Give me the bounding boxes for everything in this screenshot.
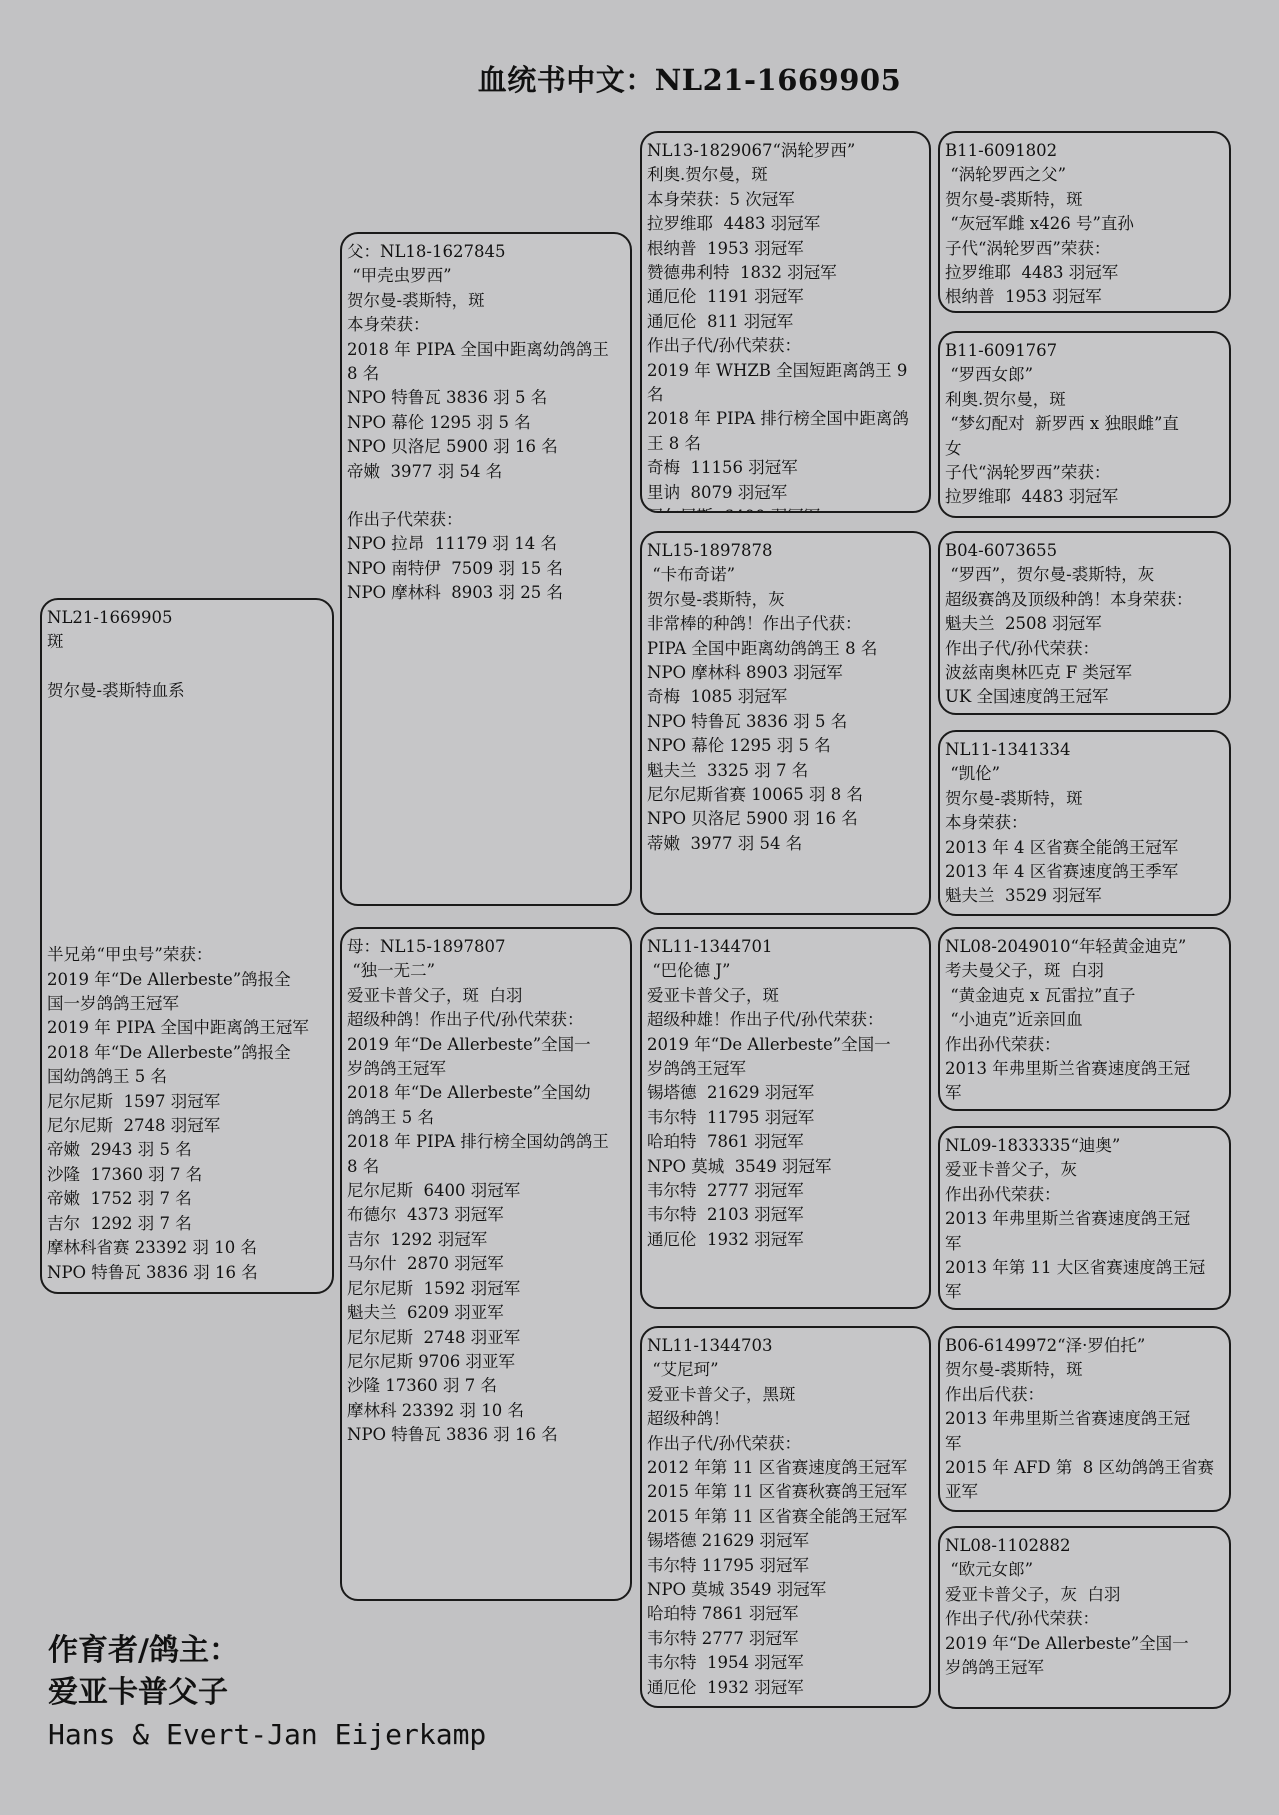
pedigree-line: 亚军 xyxy=(945,1480,1225,1504)
pedigree-line: 父：NL18-1627845 xyxy=(347,240,626,264)
pedigree-line: 赞德弗利特 1832 羽冠军 xyxy=(647,261,925,285)
pedigree-line: 韦尔特 2103 羽冠军 xyxy=(647,1203,925,1227)
pedigree-line: 通厄伦 1932 羽冠军 xyxy=(647,1228,925,1252)
pedigree-line: NL15-1897878 xyxy=(647,539,925,563)
pedigree-line: 作出子代/孙代荣获： xyxy=(945,637,1225,661)
pedigree-line: 半兄弟“甲虫号”荣获： xyxy=(47,943,328,967)
pedigree-line: 沙隆 17360 羽 7 名 xyxy=(347,1374,626,1398)
pedigree-line: 母：NL15-1897807 xyxy=(347,935,626,959)
breeder-label: 作育者/鸽主： xyxy=(48,1630,486,1672)
pedigree-line: 超级种雄！作出子代/孙代荣获： xyxy=(647,1008,925,1032)
dam-sire-box: NL11-1344701 “巴伦德 J”爱亚卡普父子，斑超级种雄！作出子代/孙代… xyxy=(640,927,931,1309)
pedigree-line: 里讷 8079 羽冠军 xyxy=(647,481,925,505)
pedigree-line: 爱亚卡普父子，黑斑 xyxy=(647,1383,925,1407)
pedigree-line: 摩林科 23392 羽 10 名 xyxy=(347,1399,626,1423)
pedigree-line: 哈珀特 7861 羽冠军 xyxy=(647,1602,925,1626)
pedigree-line: 布德尔 4373 羽冠军 xyxy=(347,1203,626,1227)
pedigree-line: 国一岁鸽鸽王冠军 xyxy=(47,992,328,1016)
pedigree-line: 作出孙代荣获： xyxy=(945,1183,1225,1207)
pedigree-line: 作出子代/孙代荣获： xyxy=(945,1607,1225,1631)
sire-sire-box: NL13-1829067“涡轮罗西”利奥.贺尔曼，斑本身荣获：5 次冠军拉罗维耶… xyxy=(640,131,931,513)
pedigree-line: 非常棒的种鸽！作出子代获： xyxy=(647,612,925,636)
pedigree-line: NL08-2049010“年轻黄金迪克” xyxy=(945,935,1225,959)
ggp-box-6: NL09-1833335“迪奥”爱亚卡普父子，灰作出孙代荣获：2013 年弗里斯… xyxy=(938,1126,1231,1310)
pedigree-line: 魁夫兰 3529 羽冠军 xyxy=(945,884,1225,908)
pedigree-line xyxy=(47,655,328,679)
pedigree-line: NPO 特鲁瓦 3836 羽 5 名 xyxy=(347,386,626,410)
pedigree-line xyxy=(47,703,328,727)
pedigree-line: 蒂嫩 3977 羽 54 名 xyxy=(647,832,925,856)
pedigree-line: “黄金迪克 x 瓦雷拉”直子 xyxy=(945,984,1225,1008)
pedigree-line: 贺尔曼-裘斯特，灰 xyxy=(647,588,925,612)
pedigree-line: “罗西”，贺尔曼-裘斯特，灰 xyxy=(945,563,1225,587)
pedigree-line: 王 8 名 xyxy=(647,432,925,456)
pedigree-line xyxy=(47,775,328,799)
pedigree-line: 2019 年 PIPA 全国中距离鸽王冠军 xyxy=(47,1016,328,1040)
pedigree-line: 魁夫兰 3325 羽 7 名 xyxy=(647,759,925,783)
pedigree-line: 2019 年“De Allerbeste”全国一 xyxy=(347,1033,626,1057)
pedigree-line: 贺尔曼-裘斯特，斑 xyxy=(945,188,1225,212)
pedigree-line: 韦尔特 2777 羽冠军 xyxy=(647,1627,925,1651)
pedigree-line: 尼尔尼斯 1597 羽冠军 xyxy=(47,1090,328,1114)
ggp-box-5: NL08-2049010“年轻黄金迪克”考夫曼父子，斑 白羽 “黄金迪克 x 瓦… xyxy=(938,927,1231,1111)
pedigree-line: NPO 摩林科 8903 羽冠军 xyxy=(647,661,925,685)
pedigree-line: 通厄伦 811 羽冠军 xyxy=(647,310,925,334)
pedigree-line xyxy=(47,847,328,871)
pedigree-line: B04-6073655 xyxy=(945,539,1225,563)
ggp-box-7: B06-6149972“泽·罗伯托”贺尔曼-裘斯特，斑作出后代获：2013 年弗… xyxy=(938,1326,1231,1512)
pedigree-line: 军 xyxy=(945,1280,1225,1304)
pedigree-line: 2019 年 WHZB 全国短距离鸽王 9 名 xyxy=(647,359,925,408)
pedigree-line: 鸽鸽王 5 名 xyxy=(347,1106,626,1130)
pedigree-line: “灰冠军雌 x426 号”直孙 xyxy=(945,212,1225,236)
pedigree-line: 尼尔尼斯 1592 羽冠军 xyxy=(347,1277,626,1301)
pedigree-line: B06-6149972“泽·罗伯托” xyxy=(945,1334,1225,1358)
pedigree-line: NPO 贝洛尼 5900 羽 16 名 xyxy=(647,807,925,831)
pedigree-line: 帝嫩 2943 羽 5 名 xyxy=(47,1138,328,1162)
pedigree-line: 根纳普 1953 羽冠军 xyxy=(647,237,925,261)
pedigree-line: 锡塔德 21629 羽冠军 xyxy=(647,1529,925,1553)
ggp-box-3: B04-6073655 “罗西”，贺尔曼-裘斯特，灰超级赛鸽及顶级种鸽！本身荣获… xyxy=(938,531,1231,715)
pedigree-line: 斑 xyxy=(47,630,328,654)
pedigree-line: 本身荣获：5 次冠军 xyxy=(647,188,925,212)
pedigree-line: 2019 年“De Allerbeste”鸽报全 xyxy=(47,968,328,992)
pedigree-line: 2015 年第 11 区省赛秋赛鸽王冠军 xyxy=(647,1480,925,1504)
pedigree-line: “凯伦” xyxy=(945,762,1225,786)
pedigree-line: NPO 莫城 3549 羽冠军 xyxy=(647,1578,925,1602)
pedigree-line: UK 全国速度鸽王冠军 xyxy=(945,685,1225,709)
pedigree-line: 超级赛鸽及顶级种鸽！本身荣获： xyxy=(945,588,1225,612)
pedigree-line: “小迪克”近亲回血 xyxy=(945,1008,1225,1032)
pedigree-line: 军 xyxy=(945,1081,1225,1105)
pedigree-line: NPO 特鲁瓦 3836 羽 16 名 xyxy=(347,1423,626,1447)
pedigree-line xyxy=(47,727,328,751)
pedigree-line xyxy=(47,823,328,847)
pedigree-line: 哈珀特 7861 羽冠军 xyxy=(647,1130,925,1154)
breeder-name-cn: 爱亚卡普父子 xyxy=(48,1672,486,1714)
pedigree-line xyxy=(347,484,626,508)
pedigree-line: 岁鸽鸽王冠军 xyxy=(945,1656,1225,1680)
pedigree-line: 2013 年 4 区省赛全能鸽王冠军 xyxy=(945,836,1225,860)
pedigree-line xyxy=(47,751,328,775)
pedigree-line: 2013 年弗里斯兰省赛速度鸽王冠 xyxy=(945,1207,1225,1231)
dam-box: 母：NL15-1897807 “独一无二”爱亚卡普父子，斑 白羽超级种鸽！作出子… xyxy=(340,927,632,1601)
pedigree-line: “甲壳虫罗西” xyxy=(347,264,626,288)
pedigree-line: 作出子代荣获： xyxy=(347,508,626,532)
pedigree-line: “独一无二” xyxy=(347,959,626,983)
pedigree-line: NPO 特鲁瓦 3836 羽 16 名 xyxy=(47,1261,328,1285)
pedigree-line: 爱亚卡普父子，灰 白羽 xyxy=(945,1583,1225,1607)
pedigree-line: 本身荣获： xyxy=(347,313,626,337)
pedigree-line: 韦尔特 2777 羽冠军 xyxy=(647,1179,925,1203)
pedigree-line: “梦幻配对 新罗西 x 独眼雌”直 xyxy=(945,412,1225,436)
pedigree-line: 帝嫩 3977 羽 54 名 xyxy=(347,460,626,484)
pedigree-line: 2018 年“De Allerbeste”全国幼 xyxy=(347,1081,626,1105)
pedigree-line: 岁鸽鸽王冠军 xyxy=(647,1057,925,1081)
pedigree-line: 子代“涡轮罗西”荣获： xyxy=(945,237,1225,261)
pedigree-line: “卡布奇诺” xyxy=(647,563,925,587)
pedigree-line: “罗西女郎” xyxy=(945,363,1225,387)
pedigree-line: 根纳普 1953 羽冠军 xyxy=(945,285,1225,309)
pedigree-line xyxy=(47,895,328,919)
pedigree-line: 尼尔尼斯 9706 羽亚军 xyxy=(347,1350,626,1374)
pedigree-line: 吉尔 1292 羽 7 名 xyxy=(47,1212,328,1236)
pedigree-line: 考夫曼父子，斑 白羽 xyxy=(945,959,1225,983)
breeder-footer: 作育者/鸽主： 爱亚卡普父子 Hans & Evert-Jan Eijerkam… xyxy=(48,1630,486,1756)
pedigree-line: “涡轮罗西之父” xyxy=(945,163,1225,187)
pedigree-line: “欧元女郎” xyxy=(945,1558,1225,1582)
ggp-box-4: NL11-1341334 “凯伦”贺尔曼-裘斯特，斑本身荣获：2013 年 4 … xyxy=(938,730,1231,916)
pedigree-line: NL11-1344701 xyxy=(647,935,925,959)
pedigree-line: 沙隆 17360 羽 7 名 xyxy=(47,1163,328,1187)
pedigree-line: “巴伦德 J” xyxy=(647,959,925,983)
pedigree-line: 奇梅 1085 羽冠军 xyxy=(647,685,925,709)
subject-box: NL21-1669905斑贺尔曼-裘斯特血系半兄弟“甲虫号”荣获：2019 年“… xyxy=(40,598,334,1294)
pedigree-line: NPO 摩林科 8903 羽 25 名 xyxy=(347,581,626,605)
pedigree-line: 军 xyxy=(945,1232,1225,1256)
pedigree-line: 2013 年弗里斯兰省赛速度鸽王冠 xyxy=(945,1407,1225,1431)
pedigree-title: 血统书中文：NL21-1669905 xyxy=(0,58,1279,99)
pedigree-line: 通厄伦 1191 羽冠军 xyxy=(647,285,925,309)
pedigree-line: PIPA 全国中距离幼鸽鸽王 8 名 xyxy=(647,637,925,661)
pedigree-line: 作出子代/孙代荣获： xyxy=(647,1432,925,1456)
sire-box: 父：NL18-1627845 “甲壳虫罗西”贺尔曼-裘斯特，斑本身荣获：2018… xyxy=(340,232,632,906)
ggp-box-8: NL08-1102882 “欧元女郎”爱亚卡普父子，灰 白羽作出子代/孙代荣获：… xyxy=(938,1526,1231,1709)
pedigree-line: 爱亚卡普父子，灰 xyxy=(945,1158,1225,1182)
pedigree-line: 爱亚卡普父子，斑 xyxy=(647,984,925,1008)
pedigree-line: 超级种鸽！ xyxy=(647,1407,925,1431)
pedigree-line: 2013 年第 11 大区省赛速度鸽王冠 xyxy=(945,1256,1225,1280)
pedigree-line: 贺尔曼-裘斯特，斑 xyxy=(347,289,626,313)
pedigree-line: 尼尔尼斯 2748 羽冠军 xyxy=(47,1114,328,1138)
pedigree-line: 2018 年“De Allerbeste”鸽报全 xyxy=(47,1041,328,1065)
pedigree-line: 韦尔特 11795 羽冠军 xyxy=(647,1554,925,1578)
pedigree-line: 2019 年“De Allerbeste”全国一 xyxy=(945,1632,1225,1656)
pedigree-line: 拉罗维耶 4483 羽冠军 xyxy=(945,261,1225,285)
pedigree-line: 本身荣获： xyxy=(945,811,1225,835)
pedigree-line: 韦尔特 1954 羽冠军 xyxy=(647,1651,925,1675)
pedigree-line: B11-6091802 xyxy=(945,139,1225,163)
pedigree-line: NPO 幕伦 1295 羽 5 名 xyxy=(647,734,925,758)
pedigree-line: 爱亚卡普父子，斑 白羽 xyxy=(347,984,626,1008)
pedigree-line: 作出后代获： xyxy=(945,1383,1225,1407)
pedigree-line: 军 xyxy=(945,1432,1225,1456)
pedigree-line: 利奥.贺尔曼，斑 xyxy=(647,163,925,187)
pedigree-line xyxy=(47,871,328,895)
ggp-box-1: B11-6091802 “涡轮罗西之父”贺尔曼-裘斯特，斑 “灰冠军雌 x426… xyxy=(938,131,1231,313)
pedigree-line: 子代“涡轮罗西”荣获： xyxy=(945,461,1225,485)
pedigree-line: NPO 拉昂 11179 羽 14 名 xyxy=(347,532,626,556)
pedigree-line: 贺尔曼-裘斯特，斑 xyxy=(945,787,1225,811)
pedigree-line xyxy=(47,799,328,823)
pedigree-line: B11-6091767 xyxy=(945,339,1225,363)
dam-dam-box: NL11-1344703 “艾尼珂”爱亚卡普父子，黑斑超级种鸽！作出子代/孙代荣… xyxy=(640,1326,931,1708)
pedigree-line: NPO 幕伦 1295 羽 5 名 xyxy=(347,411,626,435)
pedigree-line: 国幼鸽鸽王 5 名 xyxy=(47,1065,328,1089)
pedigree-line: 作出孙代荣获： xyxy=(945,1033,1225,1057)
pedigree-line: NPO 莫城 3549 羽冠军 xyxy=(647,1155,925,1179)
pedigree-line: 摩林科省赛 23392 羽 10 名 xyxy=(47,1236,328,1260)
pedigree-line: 贺尔曼-裘斯特，斑 xyxy=(945,1358,1225,1382)
pedigree-line: 2015 年第 11 区省赛全能鸽王冠军 xyxy=(647,1505,925,1529)
pedigree-line: 2013 年弗里斯兰省赛速度鸽王冠 xyxy=(945,1057,1225,1081)
pedigree-line: 波兹南奥林匹克 F 类冠军 xyxy=(945,661,1225,685)
pedigree-line: 贺尔曼-裘斯特血系 xyxy=(47,679,328,703)
pedigree-line: NPO 南特伊 7509 羽 15 名 xyxy=(347,557,626,581)
pedigree-line: 马尔什 2870 羽冠军 xyxy=(347,1252,626,1276)
pedigree-line: 8 名 xyxy=(347,362,626,386)
sire-dam-box: NL15-1897878 “卡布奇诺”贺尔曼-裘斯特，灰非常棒的种鸽！作出子代获… xyxy=(640,531,931,915)
pedigree-line: “艾尼珂” xyxy=(647,1358,925,1382)
pedigree-line: 利奥.贺尔曼，斑 xyxy=(945,388,1225,412)
pedigree-line: 尼尔尼斯 6400 羽冠军 xyxy=(347,1179,626,1203)
pedigree-line: NL11-1341334 xyxy=(945,738,1225,762)
pedigree-line: 通厄伦 1932 羽冠军 xyxy=(647,1676,925,1700)
pedigree-line: 8 名 xyxy=(347,1155,626,1179)
pedigree-line: NPO 特鲁瓦 3836 羽 5 名 xyxy=(647,710,925,734)
pedigree-line: 2013 年 4 区省赛速度鸽王季军 xyxy=(945,860,1225,884)
pedigree-line: 2018 年 PIPA 排行榜全国幼鸽鸽王 xyxy=(347,1130,626,1154)
pedigree-line: 魁夫兰 2508 羽冠军 xyxy=(945,612,1225,636)
ggp-box-2: B11-6091767 “罗西女郎”利奥.贺尔曼，斑 “梦幻配对 新罗西 x 独… xyxy=(938,331,1231,518)
pedigree-line: 2015 年 AFD 第 8 区幼鸽鸽王省赛 xyxy=(945,1456,1225,1480)
pedigree-line: 2018 年 PIPA 排行榜全国中距离鸽 xyxy=(647,407,925,431)
pedigree-line: 魁夫兰 6209 羽亚军 xyxy=(347,1301,626,1325)
pedigree-line: NL08-1102882 xyxy=(945,1534,1225,1558)
breeder-name-en: Hans & Evert-Jan Eijerkamp xyxy=(48,1714,486,1756)
pedigree-line: NPO 贝洛尼 5900 羽 16 名 xyxy=(347,435,626,459)
pedigree-line: 奇梅 11156 羽冠军 xyxy=(647,456,925,480)
pedigree-line: 岁鸽鸽王冠军 xyxy=(347,1057,626,1081)
pedigree-line: 拉罗维耶 4483 羽冠军 xyxy=(647,212,925,236)
pedigree-line: 2012 年第 11 区省赛速度鸽王冠军 xyxy=(647,1456,925,1480)
pedigree-line xyxy=(47,919,328,943)
pedigree-line: 超级种鸽！作出子代/孙代荣获： xyxy=(347,1008,626,1032)
pedigree-line: 尼尔尼斯 2748 羽亚军 xyxy=(347,1326,626,1350)
pedigree-line: 吉尔 1292 羽冠军 xyxy=(347,1228,626,1252)
pedigree-line: 2018 年 PIPA 全国中距离幼鸽鸽王 xyxy=(347,338,626,362)
pedigree-line: 尼尔尼斯 6400 羽冠军 xyxy=(647,505,925,513)
pedigree-line: 帝嫩 1752 羽 7 名 xyxy=(47,1187,328,1211)
pedigree-line: 尼尔尼斯省赛 10065 羽 8 名 xyxy=(647,783,925,807)
pedigree-line: 女 xyxy=(945,437,1225,461)
pedigree-line: NL13-1829067“涡轮罗西” xyxy=(647,139,925,163)
pedigree-line: 2019 年“De Allerbeste”全国一 xyxy=(647,1033,925,1057)
pedigree-line: 韦尔特 11795 羽冠军 xyxy=(647,1106,925,1130)
pedigree-line: 锡塔德 21629 羽冠军 xyxy=(647,1081,925,1105)
pedigree-line: 拉罗维耶 4483 羽冠军 xyxy=(945,485,1225,509)
pedigree-line: NL11-1344703 xyxy=(647,1334,925,1358)
pedigree-line: NL09-1833335“迪奥” xyxy=(945,1134,1225,1158)
pedigree-line: 作出子代/孙代荣获： xyxy=(647,334,925,358)
pedigree-line: NL21-1669905 xyxy=(47,606,328,630)
